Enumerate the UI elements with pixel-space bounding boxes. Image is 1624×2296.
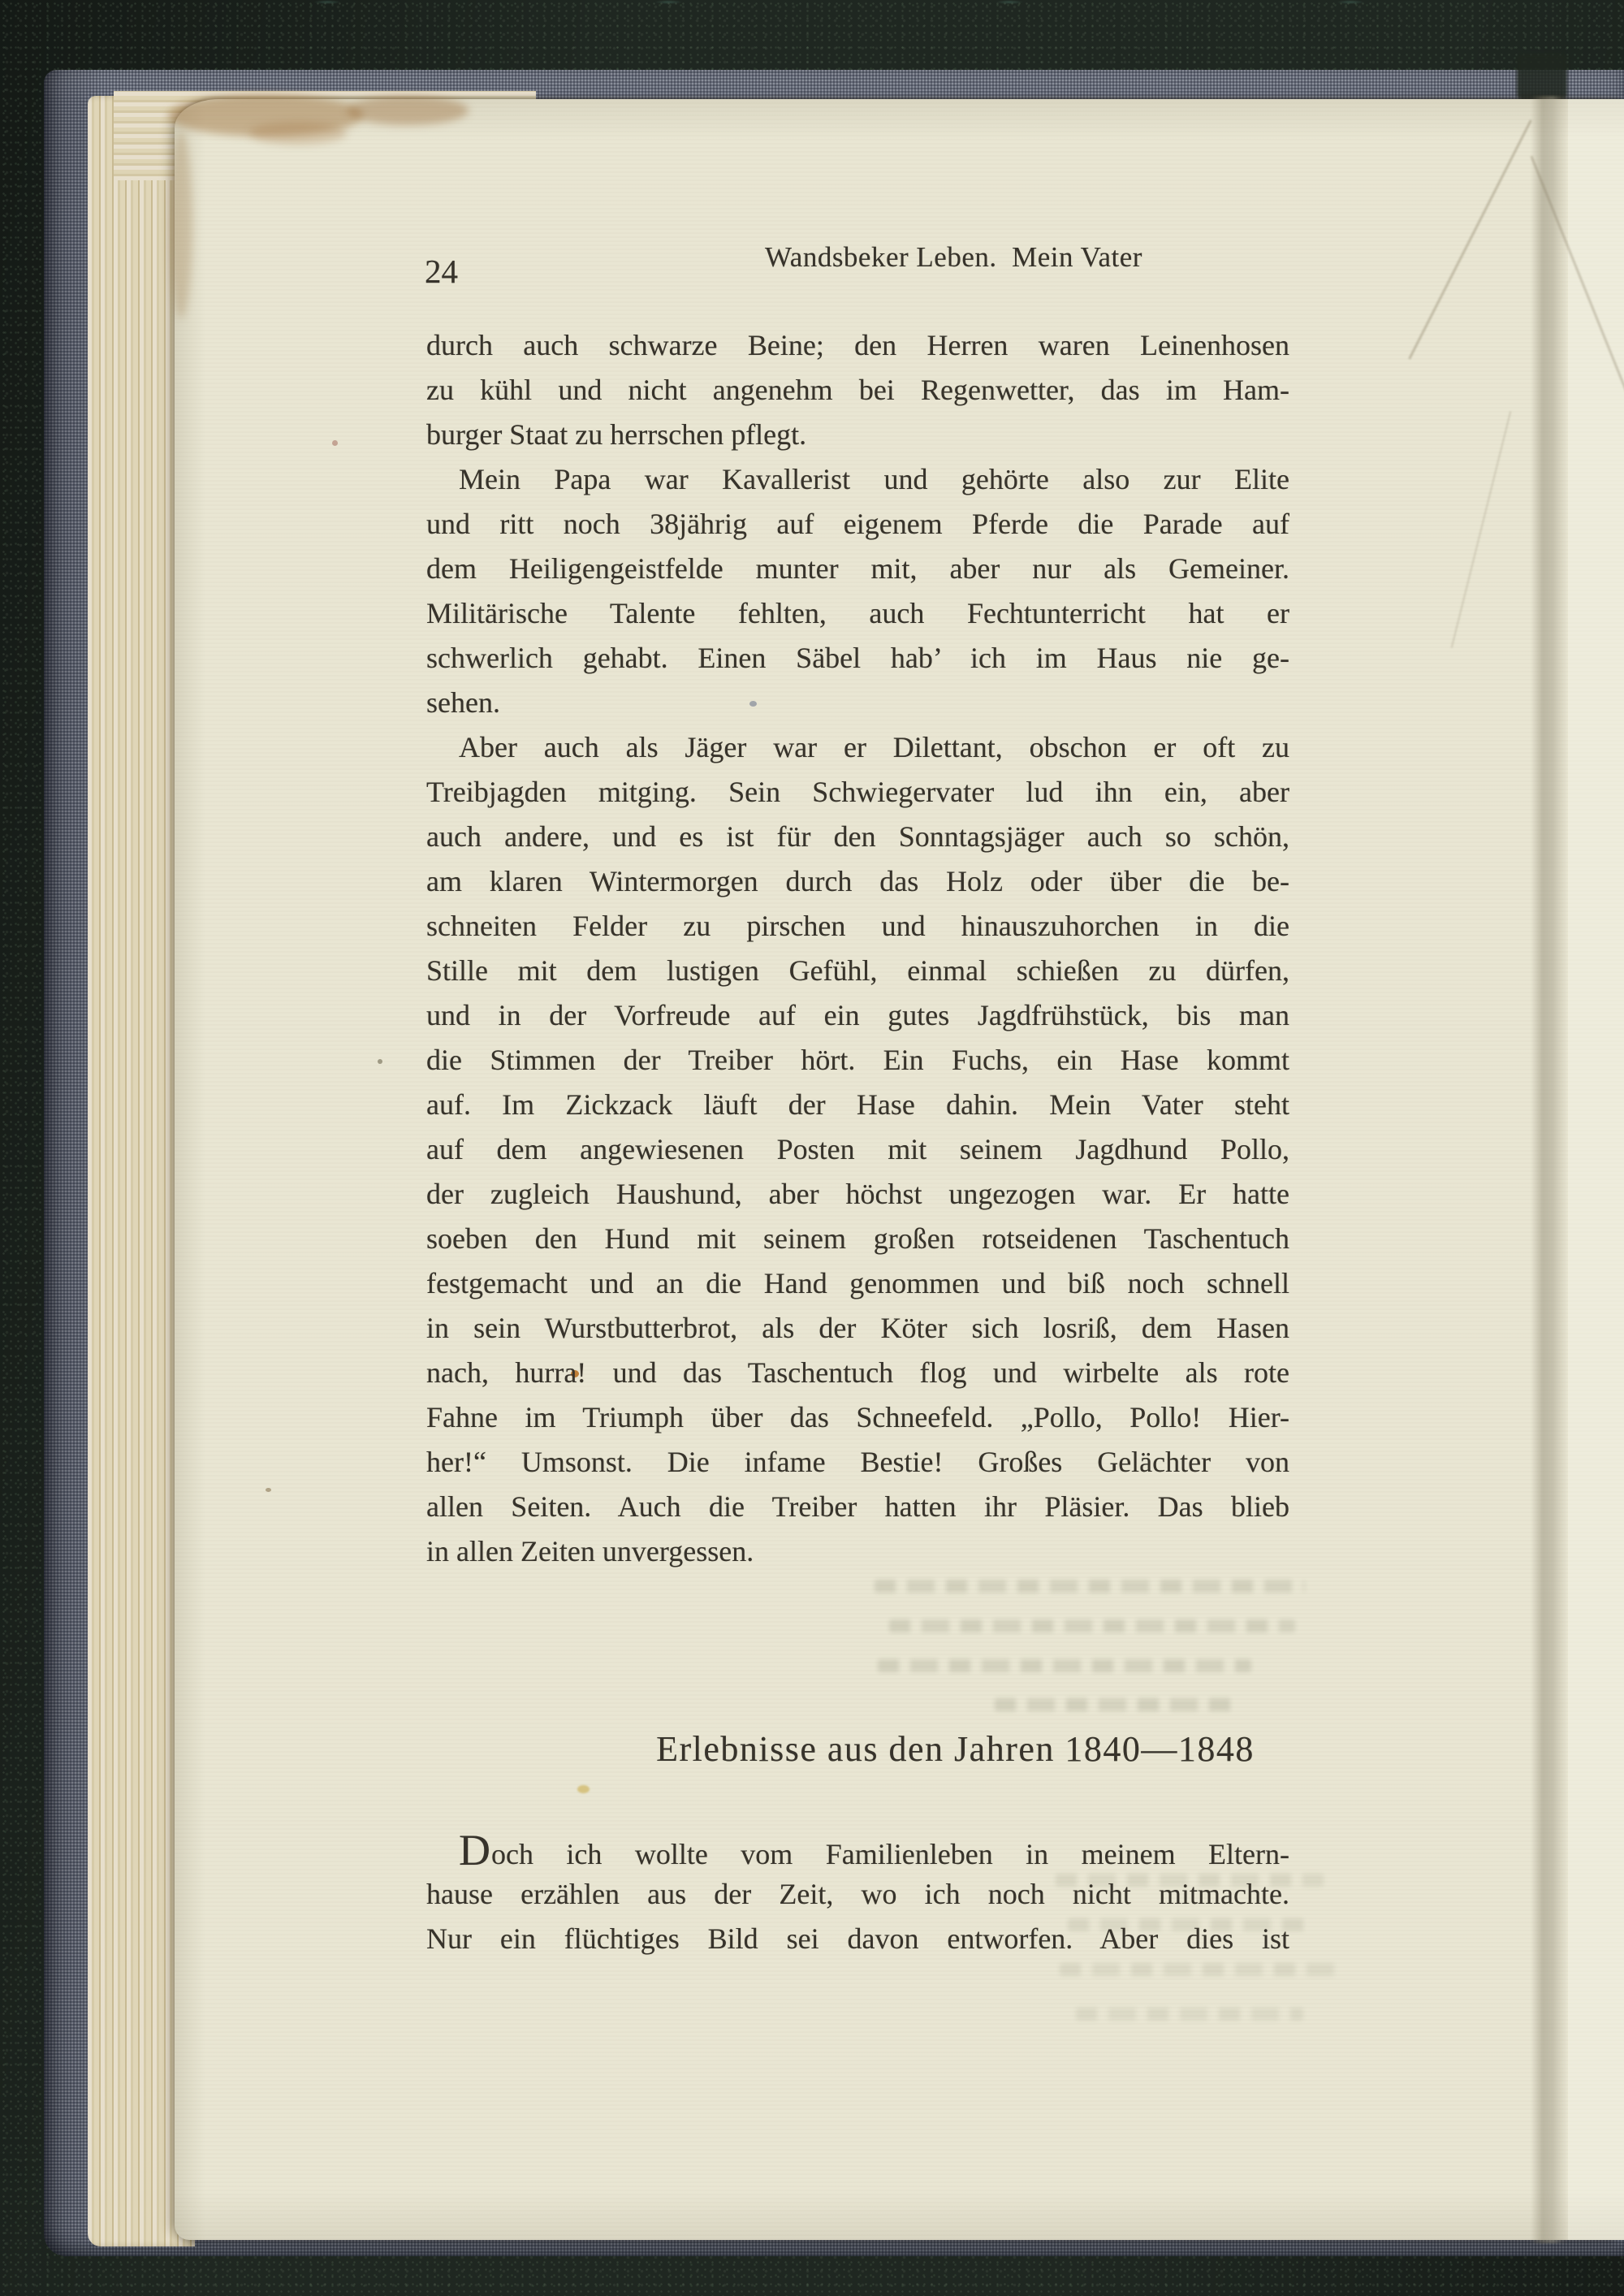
- text-line: sehen.: [426, 681, 1289, 725]
- show-through-smudge: [1060, 1963, 1336, 1976]
- show-through-smudge: [878, 1659, 1251, 1672]
- body-text: durch auch schwarze Beine; den Herren wa…: [426, 323, 1289, 1574]
- section-heading: Erlebnisse aus den Jahren 1840—1848: [524, 1723, 1387, 1775]
- text-line: auf dem angewiesenen Posten mit seinem J…: [426, 1127, 1289, 1172]
- text-line: der zugleich Haushund, aber höchst ungez…: [426, 1172, 1289, 1217]
- foxing-spot: [332, 440, 338, 446]
- text-line: Mein Papa war Kavallerist und gehörte al…: [426, 457, 1289, 502]
- text-line: und in der Vorfreude auf ein gutes Jagdf…: [426, 993, 1289, 1038]
- text-line: die Stimmen der Treiber hört. Ein Fuchs,…: [426, 1038, 1289, 1083]
- text-line: schneiten Felder zu pirschen und hinausz…: [426, 904, 1289, 949]
- text-line: Stille mit dem lustigen Gefühl, einmal s…: [426, 949, 1289, 993]
- page-crease: [1451, 411, 1512, 648]
- text-line: dem Heiligengeistfelde munter mit, aber …: [426, 547, 1289, 591]
- text-line: in allen Zeiten unvergessen.: [426, 1529, 1289, 1574]
- text-line: schwerlich gehabt. Einen Säbel hab’ ich …: [426, 636, 1289, 681]
- text-line: auch andere, und es ist für den Sonntags…: [426, 815, 1289, 859]
- page-crease: [1531, 96, 1568, 2243]
- text-line: hause erzählen aus der Zeit, wo ich noch…: [426, 1872, 1289, 1917]
- text-line: am klaren Wintermorgen durch das Holz od…: [426, 859, 1289, 904]
- text-line: nach, hurra! und das Taschentuch flog un…: [426, 1351, 1289, 1395]
- text-line: festgemacht und an die Hand genommen und…: [426, 1261, 1289, 1306]
- cover-fold-shadow: [1517, 54, 1567, 101]
- text-line: burger Staat zu herrschen pflegt.: [426, 413, 1289, 457]
- foxing-spot: [266, 1488, 271, 1492]
- text-line: und ritt noch 38jährig auf eigenem Pferd…: [426, 502, 1289, 547]
- show-through-smudge: [1076, 2008, 1303, 2021]
- show-through-smudge: [875, 1580, 1305, 1593]
- show-through-smudge: [995, 1698, 1238, 1711]
- text-line: durch auch schwarze Beine; den Herren wa…: [426, 323, 1289, 368]
- text-line: auf. Im Zickzack läuft der Hase dahin. M…: [426, 1083, 1289, 1127]
- book-page: 24 Wandsbeker Leben. Mein Vater durch au…: [175, 99, 1624, 2240]
- text-line: Doch ich wollte vom Familienleben in mei…: [426, 1827, 1289, 1872]
- text-line: in sein Wurstbutterbrot, als der Köter s…: [426, 1306, 1289, 1351]
- page-number: 24: [425, 255, 458, 288]
- stain: [347, 96, 469, 125]
- section-text: Doch ich wollte vom Familienleben in mei…: [426, 1827, 1289, 1961]
- page-crease: [1408, 119, 1531, 359]
- text-line: Treibjagden mitging. Sein Schwiegervater…: [426, 770, 1289, 815]
- text-line: Aber auch als Jäger war er Dilettant, ob…: [426, 725, 1289, 770]
- page-edge-highlight: [1568, 99, 1624, 2240]
- stain: [170, 132, 192, 318]
- text-line: zu kühl und nicht angenehm bei Regenwett…: [426, 368, 1289, 413]
- text-line: soeben den Hund mit seinem großen rotsei…: [426, 1217, 1289, 1261]
- scanned-book-photo: 24 Wandsbeker Leben. Mein Vater durch au…: [0, 0, 1624, 2296]
- stain: [249, 122, 347, 145]
- foxing-spot: [378, 1059, 382, 1064]
- text-line: Militärische Talente fehlten, auch Fecht…: [426, 591, 1289, 636]
- show-through-smudge: [889, 1619, 1295, 1632]
- text-line: Nur ein flüchtiges Bild sei davon entwor…: [426, 1917, 1289, 1961]
- drop-capital: D: [459, 1828, 490, 1872]
- foxing-spot: [577, 1785, 590, 1793]
- text-line: allen Seiten. Auch die Treiber hatten ih…: [426, 1485, 1289, 1529]
- text-line: Fahne im Triumph über das Schneefeld. „P…: [426, 1395, 1289, 1440]
- text-line: her!“ Umsonst. Die infame Bestie! Großes…: [426, 1440, 1289, 1485]
- running-header: Wandsbeker Leben. Mein Vater: [522, 240, 1385, 275]
